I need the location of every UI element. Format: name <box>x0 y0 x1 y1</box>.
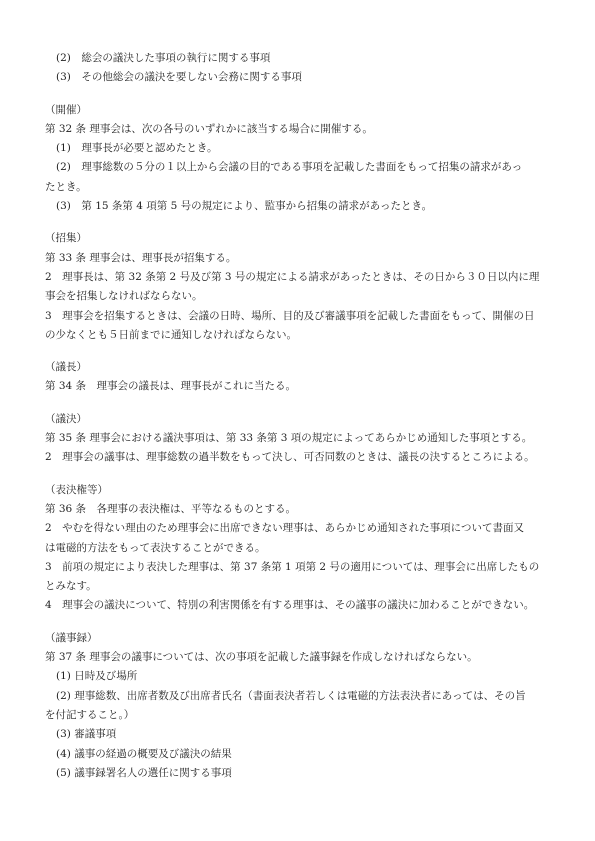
paragraph-line: 2 理事会の議事は、理事総数の過半数をもって決し、可否同数のときは、議長の決する… <box>45 448 550 467</box>
clause-item: (5) 議事録署名人の選任に関する事項 <box>45 764 550 783</box>
clause-item: (3) 審議事項 <box>45 725 550 744</box>
paragraph-line: 2 理事長は、第 32 条第 2 号及び第 3 号の規定による請求があったときは… <box>45 268 550 287</box>
article-36-line: 第 36 条 各理事の表決権は、平等なるものとする。 <box>45 500 550 519</box>
section-minutes: （議事録） 第 37 条 理事会の議事については、次の事項を記載した議事録を作成… <box>45 629 550 783</box>
article-35-line: 第 35 条 理事会における議決事項は、第 33 条第 3 項の規定によってあら… <box>45 429 550 448</box>
section-prev-article-items: (2) 総会の議決した事項の執行に関する事項 (3) その他総会の議決を要しない… <box>45 49 550 88</box>
article-34-line: 第 34 条 理事会の議長は、理事長がこれに当たる。 <box>45 377 550 396</box>
section-heading-convocation: （招集） <box>45 229 550 248</box>
clause-item: (4) 議事の経過の概要及び議決の結果 <box>45 745 550 764</box>
clause-item-wrap: たとき。 <box>45 178 550 197</box>
paragraph-line-wrap: とみなす。 <box>45 577 550 596</box>
section-heading-chairperson: （議長） <box>45 358 550 377</box>
paragraph-line-wrap: は電磁的方法をもって表決することができる。 <box>45 539 550 558</box>
section-heading-minutes: （議事録） <box>45 629 550 648</box>
clause-item: (3) その他総会の議決を要しない会務に関する事項 <box>45 68 550 87</box>
clause-item: (2) 理事総数、出席者数及び出席者氏名（書面表決者若しくは電磁的方法表決者にあ… <box>45 687 550 706</box>
section-heading-resolution: （議決） <box>45 410 550 429</box>
paragraph-line: 4 理事会の議決について、特別の利害関係を有する理事は、その議事の議決に加わるこ… <box>45 596 550 615</box>
clause-item: (2) 理事総数の５分の１以上から会議の目的である事項を記載した書面をもって招集… <box>45 158 550 177</box>
section-chairperson: （議長） 第 34 条 理事会の議長は、理事長がこれに当たる。 <box>45 358 550 397</box>
paragraph-line-wrap: 事会を招集しなければならない。 <box>45 287 550 306</box>
section-heading-voting-rights: （表決権等） <box>45 481 550 500</box>
section-convocation: （招集） 第 33 条 理事会は、理事長が招集する。 2 理事長は、第 32 条… <box>45 229 550 345</box>
clause-item: (2) 総会の議決した事項の執行に関する事項 <box>45 49 550 68</box>
clause-item-wrap: を付記すること。） <box>45 706 550 725</box>
paragraph-line: 3 前項の規定により表決した理事は、第 37 条第 1 項第 2 号の適用につい… <box>45 558 550 577</box>
document-page: (2) 総会の議決した事項の執行に関する事項 (3) その他総会の議決を要しない… <box>0 0 595 841</box>
article-32-line: 第 32 条 理事会は、次の各号のいずれかに該当する場合に開催する。 <box>45 120 550 139</box>
section-holding: （開催） 第 32 条 理事会は、次の各号のいずれかに該当する場合に開催する。 … <box>45 101 550 217</box>
paragraph-line: 2 やむを得ない理由のため理事会に出席できない理事は、あらかじめ通知された事項に… <box>45 519 550 538</box>
article-37-line: 第 37 条 理事会の議事については、次の事項を記載した議事録を作成しなければな… <box>45 648 550 667</box>
paragraph-line: 3 理事会を招集するときは、会議の日時、場所、目的及び審議事項を記載した書面をも… <box>45 307 550 326</box>
section-voting-rights: （表決権等） 第 36 条 各理事の表決権は、平等なるものとする。 2 やむを得… <box>45 481 550 616</box>
bylaws-text-block: (2) 総会の議決した事項の執行に関する事項 (3) その他総会の議決を要しない… <box>45 49 550 783</box>
clause-item: (1) 日時及び場所 <box>45 667 550 686</box>
paragraph-line-wrap: の少なくとも５日前までに通知しなければならない。 <box>45 326 550 345</box>
clause-item: (1) 理事長が必要と認めたとき。 <box>45 139 550 158</box>
section-resolution: （議決） 第 35 条 理事会における議決事項は、第 33 条第 3 項の規定に… <box>45 410 550 468</box>
clause-item: (3) 第 15 条第 4 項第 5 号の規定により、監事から招集の請求があった… <box>45 197 550 216</box>
section-heading-holding: （開催） <box>45 101 550 120</box>
article-33-line: 第 33 条 理事会は、理事長が招集する。 <box>45 249 550 268</box>
